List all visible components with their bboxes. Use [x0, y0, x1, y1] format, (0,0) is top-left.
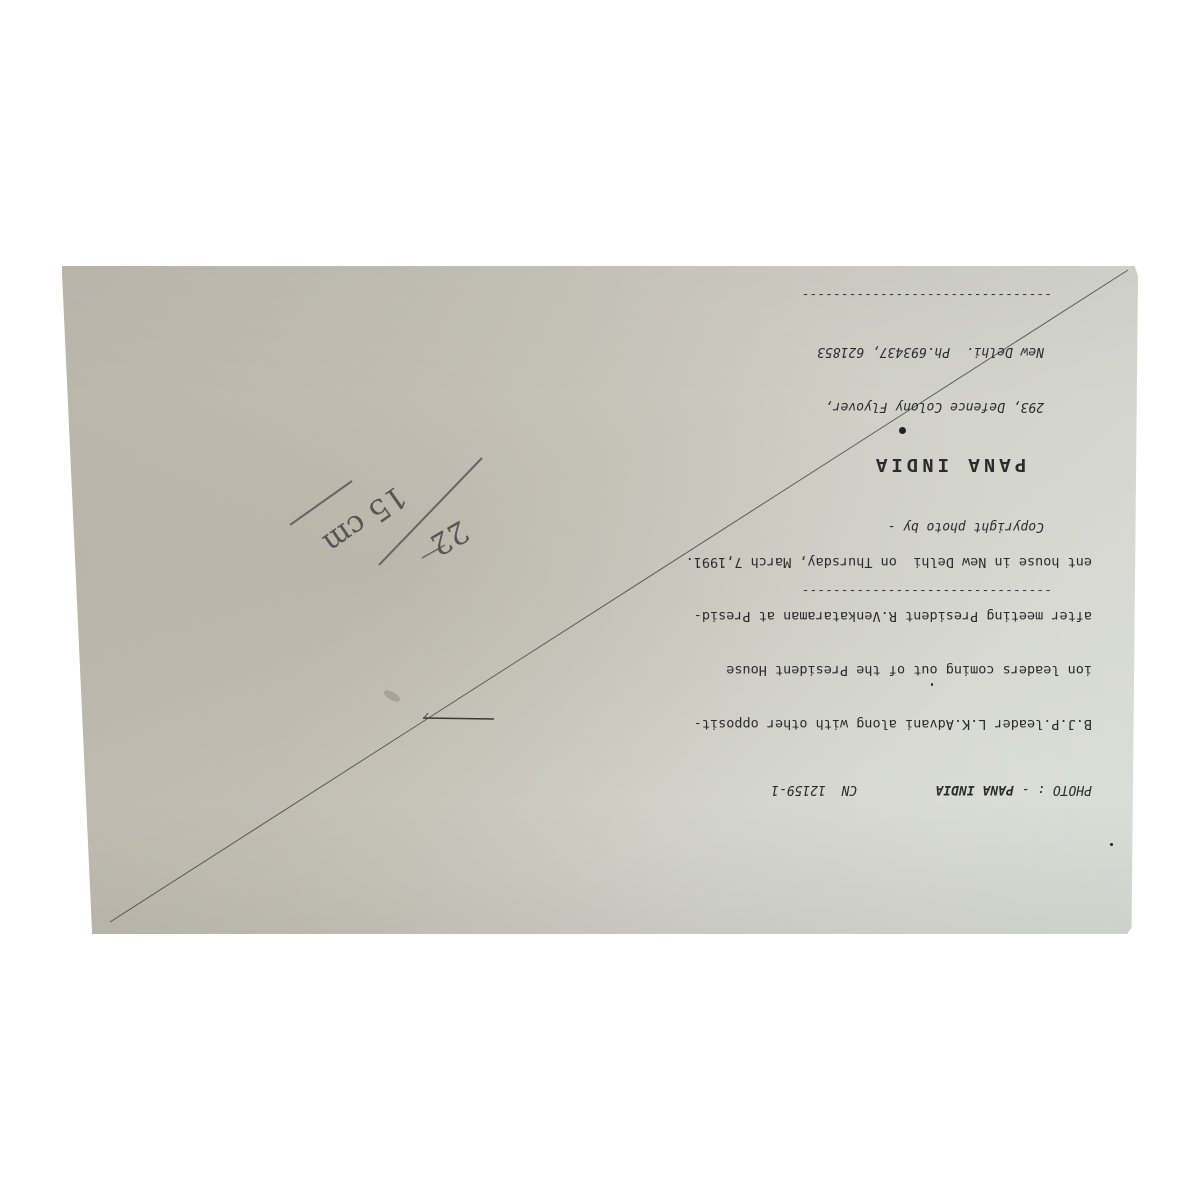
address-line-2: New Delhi. Ph.693437, 621853: [722, 343, 1052, 360]
address-line-1: 293, Defence Colony Flyover,: [722, 398, 1052, 415]
agency-name: PANA INDIA: [722, 453, 1052, 475]
photo-agency: PANA INDIA: [935, 782, 1013, 797]
cn-number: 12159-1: [771, 782, 826, 797]
photo-prefix: PHOTO : -: [1014, 782, 1092, 797]
caption-line: ion leaders coming out of the President …: [452, 662, 1092, 678]
ink-dot: [1110, 843, 1113, 846]
photo-caption: PHOTO : - PANA INDIA CN 12159-1 B.J.P.le…: [452, 716, 1092, 836]
handwritten-line1: 15 cm: [316, 479, 412, 561]
photo-credit-line: PHOTO : - PANA INDIA CN 12159-1: [452, 780, 1092, 798]
copyright-label: Copyright photo by -: [722, 517, 1052, 535]
stamp-bottom-rule: --------------------------------: [722, 287, 1052, 301]
caption-line: after meeting President R.Venkataraman a…: [452, 608, 1092, 624]
caption-line: B.J.P.leader L.K.Advani along with other…: [452, 716, 1092, 732]
caption-line: ent house in New Delhi on Thursday, Marc…: [452, 554, 1092, 570]
smudge: [382, 688, 402, 704]
cn-label: CN: [842, 782, 858, 797]
